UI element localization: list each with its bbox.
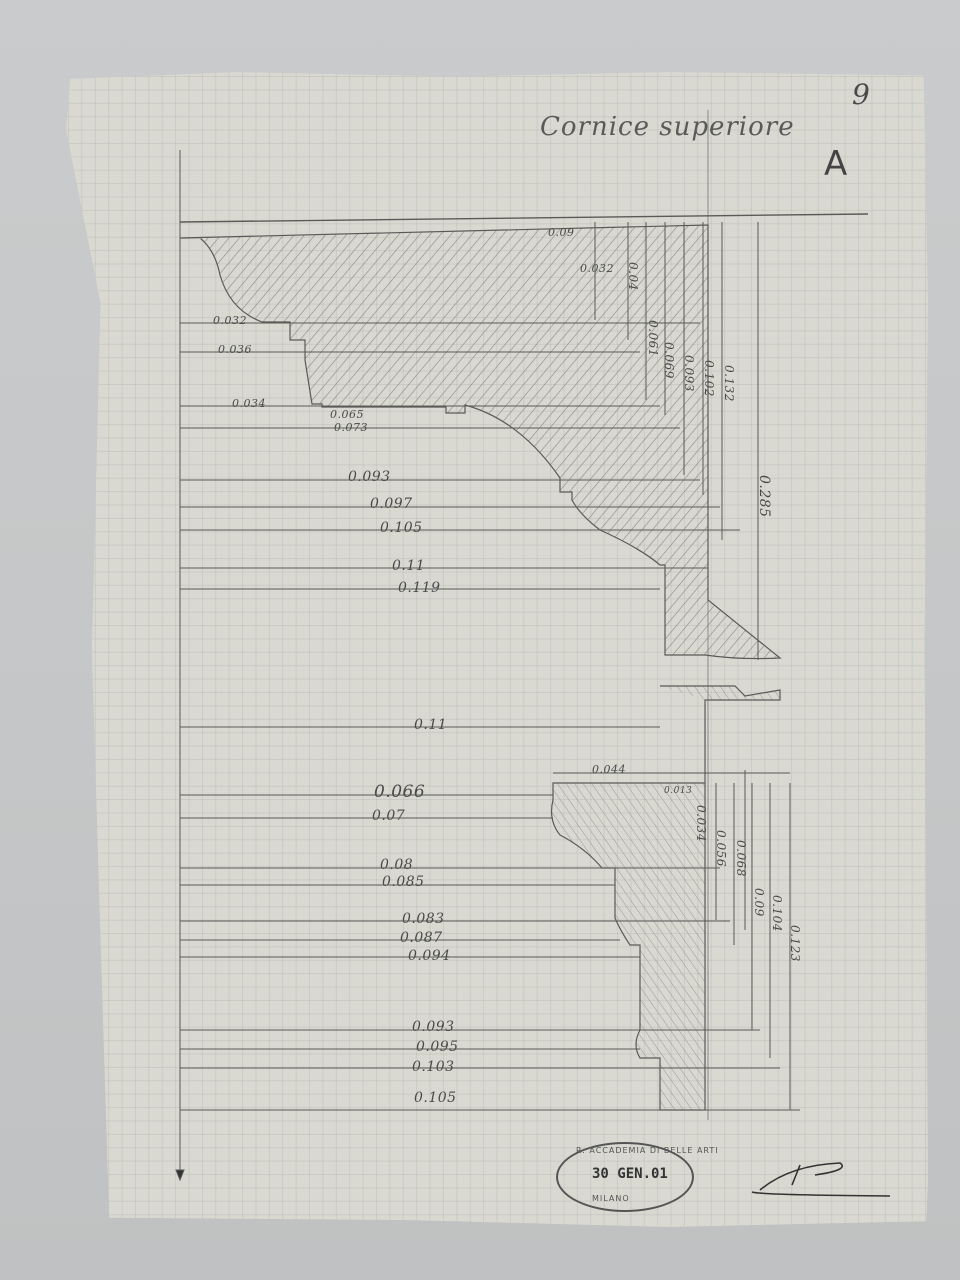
dim-label: 0.119	[398, 580, 441, 596]
dim-label: 0.087	[400, 930, 443, 946]
dim-label-vertical: 0.034	[694, 805, 708, 842]
dim-label: 0.083	[402, 911, 445, 927]
dim-label-vertical: 0.061	[646, 320, 660, 357]
dim-label-vertical: 0.132	[722, 365, 736, 402]
dim-label: 0.034	[232, 397, 266, 410]
plate-letter: A	[824, 144, 847, 184]
dim-label-vertical: 0.123	[788, 925, 802, 962]
stamp-date: 30 GEN.01	[592, 1166, 668, 1182]
stamp-bottom-text: MILANO	[592, 1194, 630, 1203]
dim-label: 0.08	[380, 857, 413, 873]
dim-label: 0.093	[412, 1019, 455, 1035]
page-number: 9	[852, 78, 870, 111]
dim-label-vertical: 0.102	[702, 360, 716, 397]
dim-label-vertical: 0.104	[770, 895, 784, 932]
dim-label-vertical: 0.056	[714, 830, 728, 867]
dim-label: 0.103	[412, 1059, 455, 1075]
dim-label: 0.065	[330, 408, 364, 421]
dim-label: 0.07	[372, 808, 405, 824]
dim-label: 0.032	[213, 314, 247, 327]
dim-label: 0.032	[580, 262, 614, 275]
dim-label-vertical: 0.069	[662, 342, 676, 379]
dim-label: 0.11	[392, 558, 425, 574]
dim-label: 0.044	[592, 763, 626, 776]
dim-label-vertical: 0.093	[682, 355, 696, 392]
dim-label: 0.085	[382, 874, 425, 890]
dim-label: 0.013	[664, 786, 692, 796]
dim-label: 0.105	[380, 520, 423, 536]
dim-label: 0.093	[348, 469, 391, 485]
stamp-top-text: R. ACCADEMIA DI BELLE ARTI	[576, 1146, 719, 1155]
dim-label: 0.073	[334, 421, 368, 434]
dim-label: 0.09	[548, 226, 575, 239]
dim-label-vertical: 0.04	[626, 262, 640, 291]
dim-label: 0.105	[414, 1090, 457, 1106]
dim-label-vertical: 0.068	[734, 840, 748, 877]
dim-label: 0.11	[414, 717, 447, 733]
sheet-title: Cornice superiore	[540, 112, 795, 142]
dim-label: 0.095	[416, 1039, 459, 1055]
cornice-profile-drawing	[0, 0, 960, 1280]
dim-label-vertical: 0.09	[752, 888, 766, 917]
dim-label: 0.094	[408, 948, 451, 964]
dim-label: 0.036	[218, 343, 252, 356]
dim-label: 0.066	[374, 782, 425, 802]
dim-label-vertical: 0.285	[756, 475, 772, 518]
dim-label: 0.097	[370, 496, 413, 512]
